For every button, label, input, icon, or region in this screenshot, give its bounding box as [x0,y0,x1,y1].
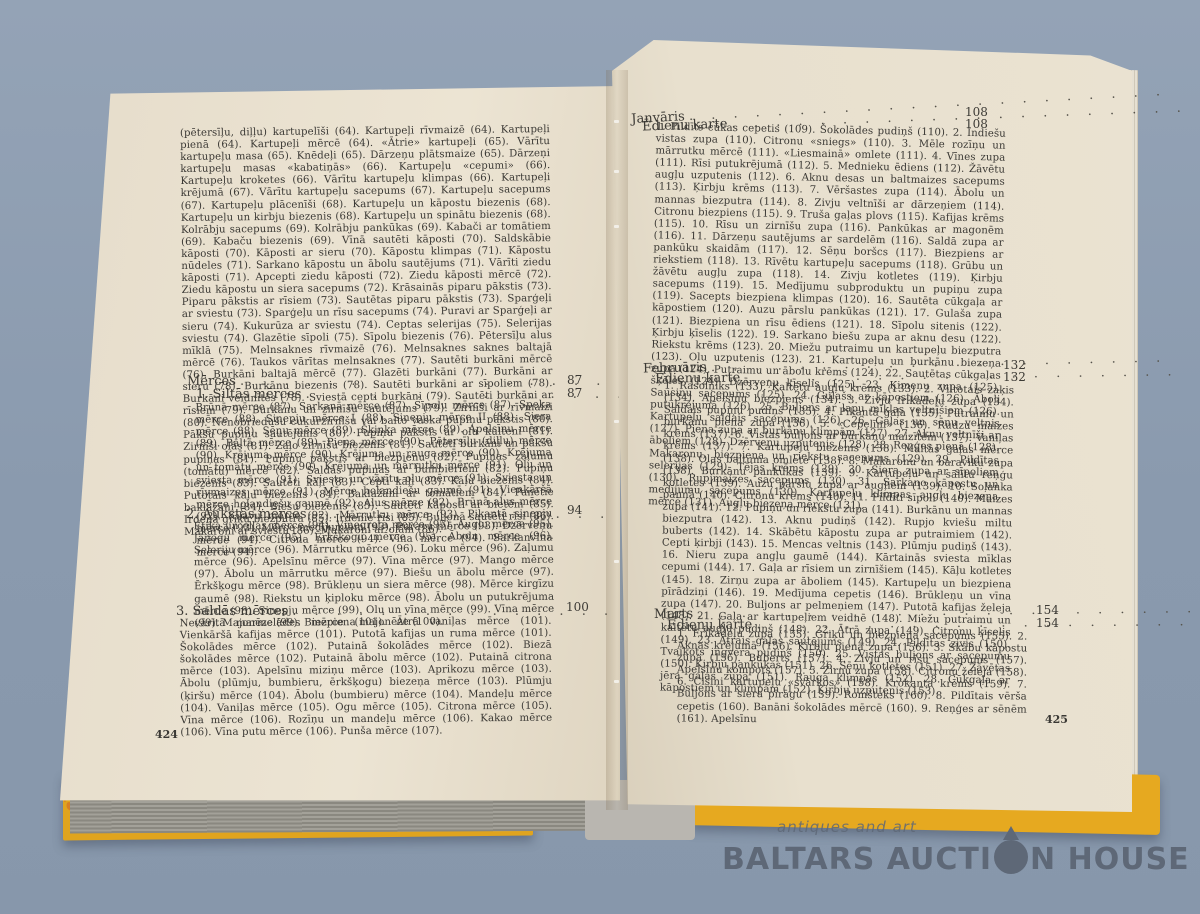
marts-menu-list: 1. Frikadeļu zupa (155). Griķu un biezpi… [677,628,1028,728]
binding-stitch [614,225,619,228]
section-page-siltas-merces: 87 [567,386,582,400]
auction-house-watermark: antiques and art BALTARS AUCTIN HOUSE [722,818,1142,888]
binding-stitch [614,680,619,683]
menu-page-februaris: 132 [1003,370,1026,384]
crown-orb-logo-icon [994,840,1028,874]
binding-stitch [614,420,619,423]
left-page-number: 424 [155,728,178,741]
book-gutter [606,70,628,810]
section-page-saldas-merces: 100 [566,600,589,614]
section-page-aukstas-merces: 94 [567,503,582,517]
watermark-tagline: antiques and art [777,818,917,836]
menu-page-marts: 154 [1036,616,1059,630]
binding-stitch [614,560,619,563]
right-page-number: 425 [1045,713,1068,726]
binding-stitch [614,120,619,123]
watermark-name: BALTARS AUCTIN HOUSE [722,840,1190,877]
binding-stitch [614,170,619,173]
section-page-merces: 87 [567,373,582,387]
saldas-merces-list: Nevārītā marmelādes mērce (101). Ātrā va… [180,616,553,740]
